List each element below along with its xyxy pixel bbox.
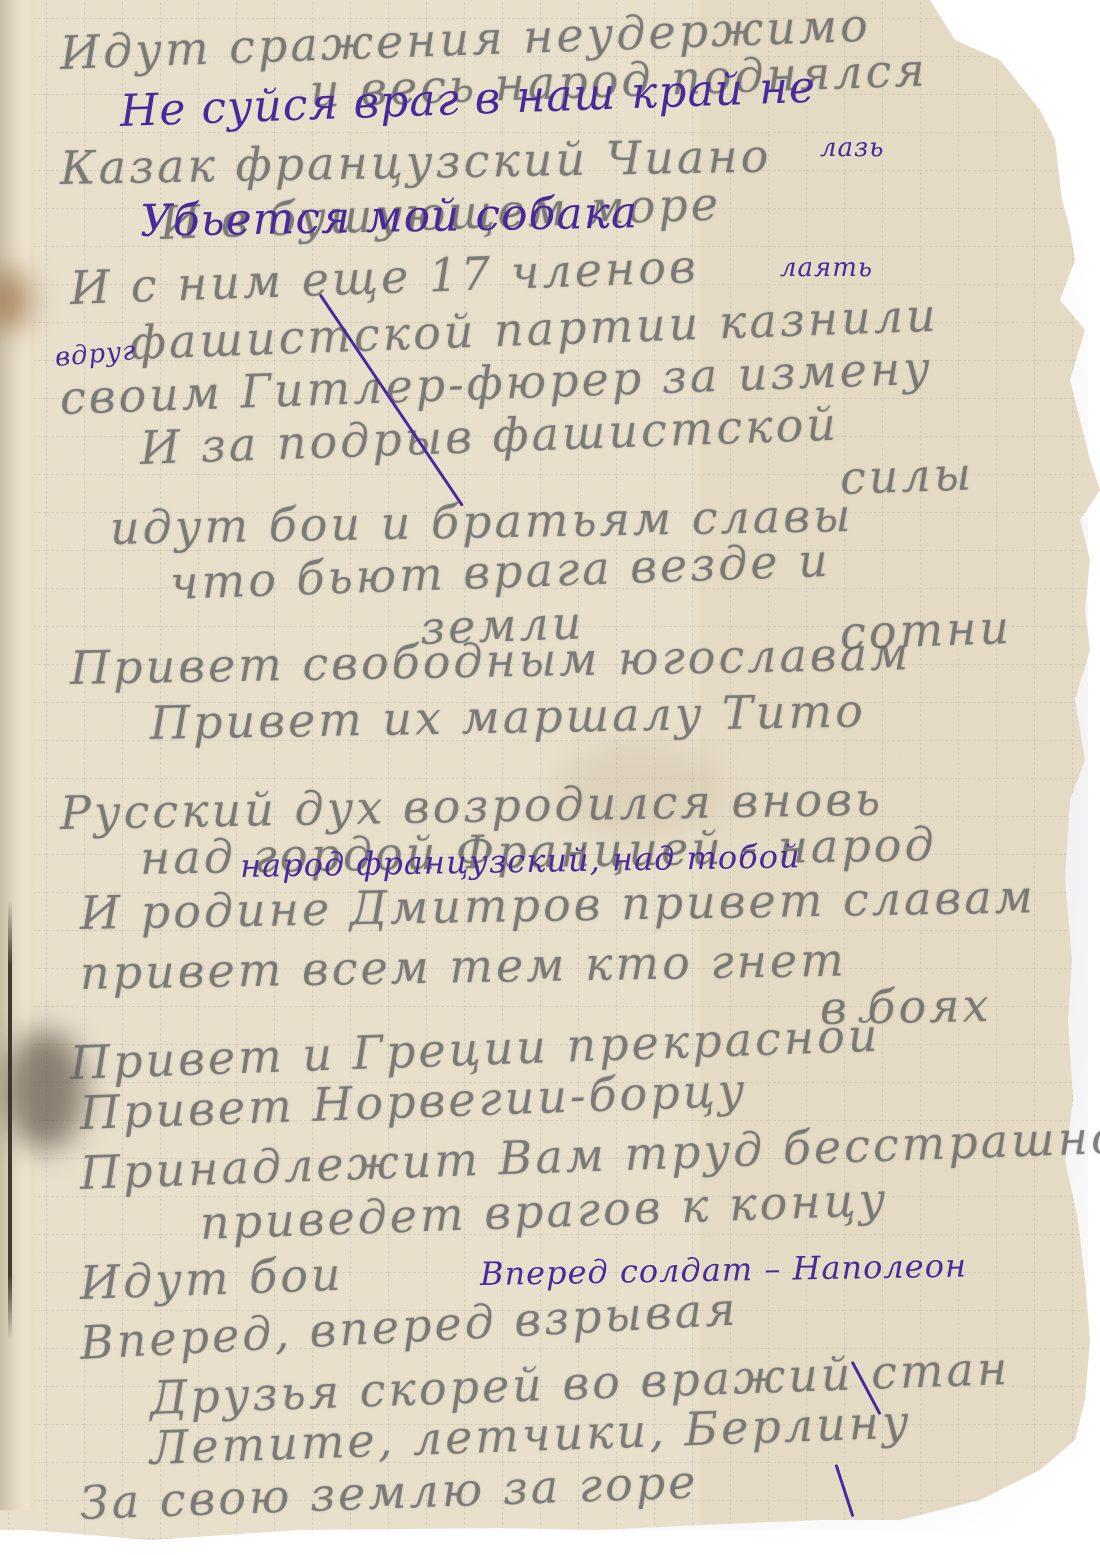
notebook-page: Идут сражения неудержимо и весь народ по…: [0, 0, 1100, 1555]
pencil-line: привет всем тем кто гнет: [80, 937, 848, 996]
pencil-line: Идут бои: [79, 1251, 344, 1306]
pencil-line: силы: [839, 450, 975, 501]
ink-insertion-line: народ французский, над тобой: [240, 840, 801, 882]
notebook-binding: [0, 0, 34, 1510]
ink-heading-line-2: Убьется мой собака: [140, 191, 639, 244]
ink-superscript-word: лазь: [820, 135, 884, 161]
ink-superscript-word: лаять: [780, 255, 873, 281]
ink-margin-note: вдруг: [54, 338, 137, 371]
pencil-line: Привет их маршалу Тито: [150, 688, 867, 746]
pencil-line: Привет свободным югославам: [70, 630, 912, 691]
ink-insertion-line: Вперед солдат – Наполеон: [480, 1250, 968, 1290]
